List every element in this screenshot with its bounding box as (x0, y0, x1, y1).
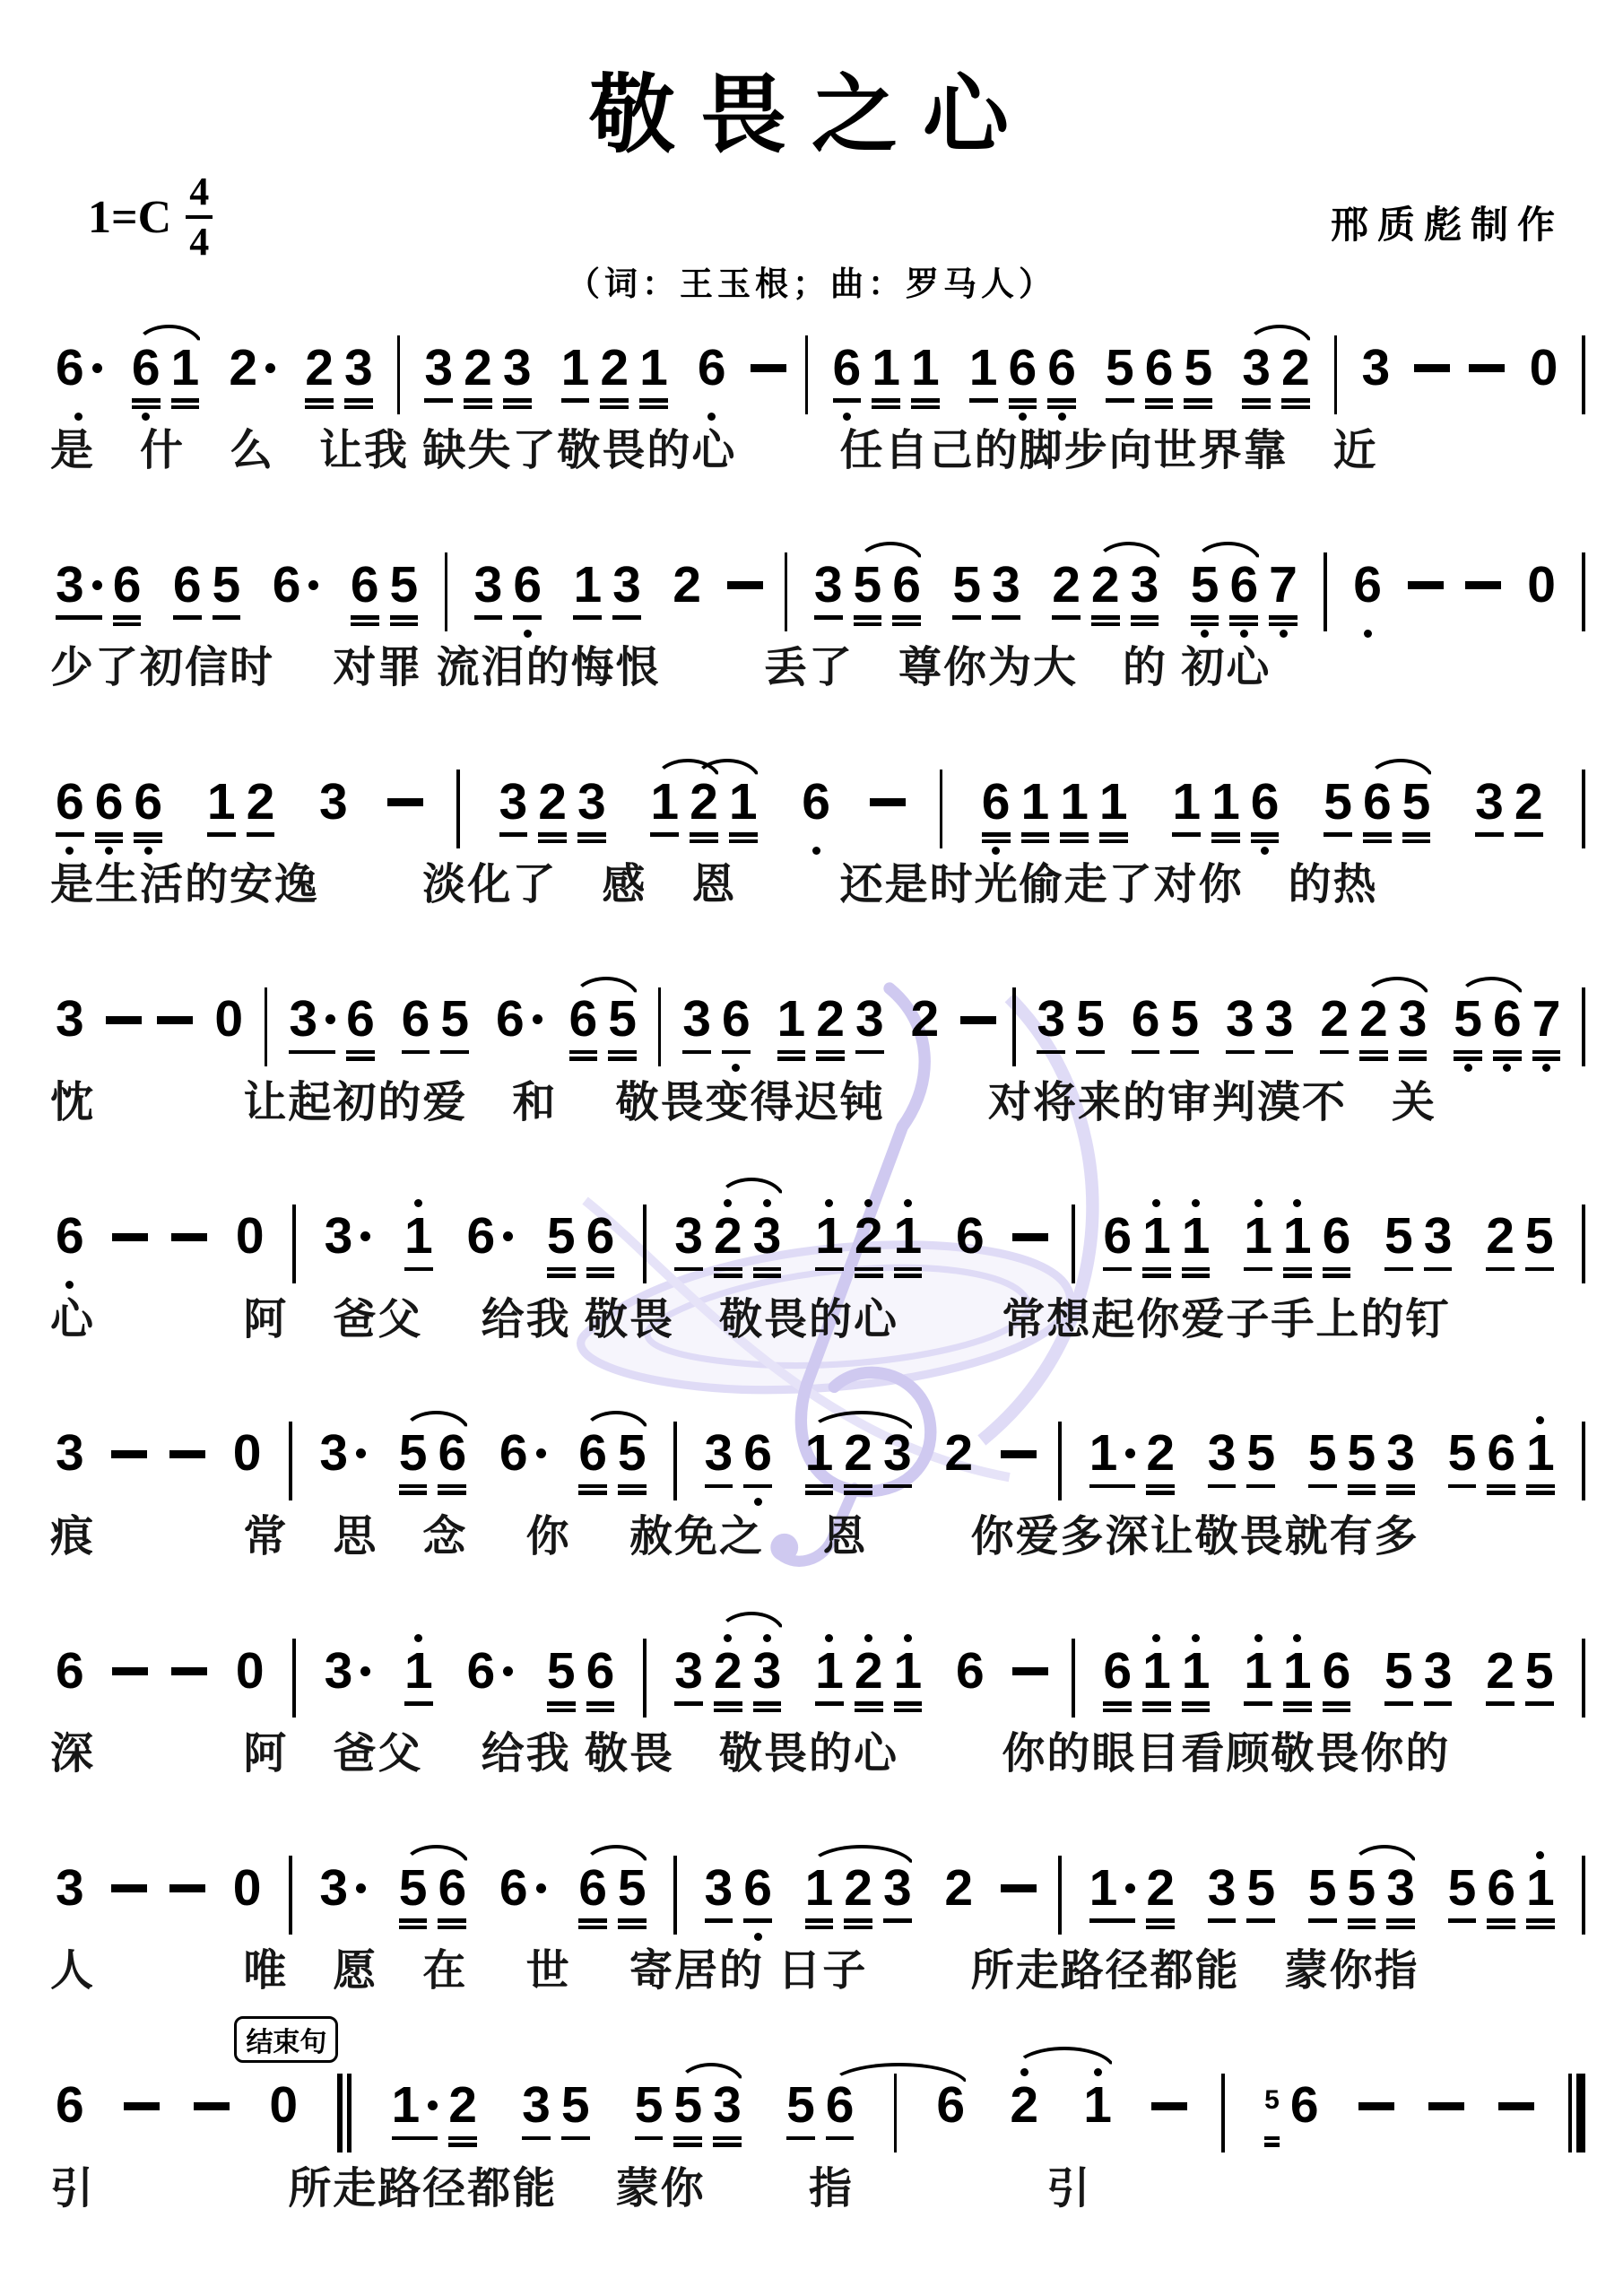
note-digit: 6 (892, 560, 921, 611)
note-group: 323 (669, 1197, 786, 1291)
note-digit: 1 (1172, 777, 1201, 828)
octave-dot-low (707, 413, 716, 421)
note-digit: 0 (233, 1428, 262, 1479)
beam-line (569, 1057, 598, 1061)
beam-line (855, 1701, 883, 1706)
beam-lines (305, 395, 334, 410)
note-digit: 6 (56, 777, 84, 828)
beam-line (95, 832, 124, 837)
note-digit: 5 (547, 1646, 576, 1697)
note-digit: 6 (1132, 994, 1160, 1045)
note-digit: 1 (894, 1646, 923, 1697)
beam-lines (743, 1915, 772, 1930)
note: 1 (906, 328, 945, 422)
note-group: 0 (228, 1414, 267, 1509)
beam-line (561, 2136, 590, 2141)
note-digit-row: 3 (1386, 1427, 1415, 1481)
note-digit: 2 (600, 343, 629, 394)
beam-lines (1493, 1047, 1522, 1062)
beam-line (1359, 1057, 1388, 1061)
note-digit-row: 1 (171, 341, 200, 395)
note: 6 (796, 762, 836, 857)
beam-lines (753, 1264, 782, 1279)
note-digit-row: 5 (1246, 1427, 1275, 1481)
octave-dot-low-slot (142, 410, 150, 422)
note-group: 323 (494, 762, 612, 857)
note: 2 (939, 1848, 978, 1943)
beam-line (503, 405, 532, 410)
dash-mark (727, 581, 763, 589)
beam-lines (134, 829, 162, 844)
phrase-label: 结束句 (234, 2016, 338, 2063)
beam-lines (1359, 1047, 1388, 1062)
octave-dot-low (1058, 413, 1066, 421)
dash-mark (169, 1884, 205, 1892)
beam-line (1052, 615, 1081, 620)
note: 3 (50, 1848, 90, 1943)
note-group: 3 (50, 1414, 90, 1509)
notes-row: 6012355535662156 (50, 2066, 1585, 2161)
note-group: 6 (50, 2066, 90, 2161)
note: 6 (1098, 1197, 1137, 1291)
beam-line (600, 398, 629, 403)
note-digit: 3 (753, 1646, 782, 1697)
note-group: 6 (931, 2066, 970, 2161)
beam-lines (833, 395, 862, 410)
beam-lines (1399, 1047, 1428, 1062)
note-group: 6 (50, 1631, 90, 1726)
note: 6 (50, 762, 90, 857)
note: 2 (939, 1414, 978, 1509)
note: 6 (90, 762, 129, 857)
beam-line (499, 832, 528, 837)
beam-line (690, 839, 718, 844)
note-digit: 6 (936, 2080, 965, 2131)
note: 3 (50, 1414, 90, 1509)
beam-line (474, 615, 503, 620)
beam-lines (1348, 1915, 1376, 1930)
beam-line (639, 405, 668, 410)
beam-lines (1132, 1047, 1160, 1062)
note-group: 3 (314, 762, 353, 857)
note: 5 (603, 980, 642, 1074)
note-group: 12 (202, 762, 280, 857)
note-digit: 6 (956, 1211, 985, 1262)
beam-lines (1010, 2133, 1038, 2148)
note: 6 (1481, 1848, 1521, 1943)
note-digit: 3 (1131, 560, 1159, 611)
note-digit: 2 (1320, 994, 1349, 1045)
lyrics-line: 忱 让起初的爱 和 敬畏变得迟钝 对将来的审判漠不 关 (50, 1078, 1585, 1127)
note-group: 6111 (976, 762, 1133, 857)
note: 5 (781, 2066, 820, 2161)
beam-lines (399, 1481, 428, 1496)
note: 1 (1167, 762, 1206, 857)
note-digit: 6 (1493, 994, 1522, 1045)
note-digit: 3 (344, 343, 373, 394)
beam-line (56, 615, 102, 620)
beam-lines (618, 1481, 647, 1496)
beam-lines (1091, 612, 1120, 627)
note-digit-row: 5 (1525, 1644, 1554, 1698)
beam-line (1448, 1484, 1477, 1489)
augmentation-dot (265, 363, 275, 373)
augmentation-dot (503, 1231, 513, 1241)
note-digit: 3 (319, 1863, 348, 1914)
note-group: 65 (573, 1414, 651, 1509)
dash-mark (1408, 581, 1444, 589)
beam-line (608, 1057, 637, 1061)
dash-mark (1012, 1233, 1048, 1241)
beam-line (577, 832, 606, 837)
note-digit-row: 1 (1182, 1210, 1211, 1264)
 (292, 1639, 296, 1718)
note-group: 65 (1126, 980, 1204, 1074)
note: 1 (202, 762, 241, 857)
note-digit: 3 (674, 1211, 703, 1262)
lyrics-line: 痕 常 思 念 你 赦免之 恩 你爱多深让敬畏就有多 (50, 1512, 1585, 1561)
note-digit: 6 (578, 1428, 607, 1479)
note: 5 (207, 545, 247, 639)
note-digit-row: 5 (399, 1427, 428, 1481)
beam-line (1487, 1491, 1515, 1495)
note-group: 567 (1448, 980, 1566, 1074)
dash-mark (112, 1667, 148, 1675)
note: 3 (1381, 1414, 1420, 1509)
beam-line (1047, 405, 1076, 410)
beam-lines (1361, 395, 1390, 410)
dash-mark (1469, 364, 1505, 372)
beam-line (1089, 1484, 1136, 1489)
note-digit: 6 (56, 1211, 84, 1262)
note-digit: 2 (1359, 994, 1388, 1045)
note: 1 (1278, 1631, 1317, 1726)
note-digit: 6 (1229, 560, 1258, 611)
 (643, 1639, 647, 1718)
beam-line (883, 1484, 912, 1489)
note-digit: 2 (690, 777, 718, 828)
beam-lines (1184, 395, 1212, 410)
note-digit: 6 (1103, 1211, 1132, 1262)
beam-lines (1308, 1915, 1337, 1930)
beam-line (390, 615, 419, 620)
note-group: 3 (1356, 328, 1395, 422)
note-group: 0 (228, 1848, 267, 1943)
note-digit-row: 2 (911, 993, 940, 1047)
beam-lines (440, 1047, 469, 1062)
note-group: 123 (772, 980, 890, 1074)
note: 6 (432, 1848, 472, 1943)
beam-line (1146, 1926, 1175, 1930)
note-digit: 6 (698, 343, 726, 394)
beam-line (1132, 1050, 1160, 1055)
beam-lines (1089, 1915, 1136, 1930)
beam-line (753, 1267, 782, 1272)
octave-dot-high (414, 1199, 422, 1207)
 (785, 552, 788, 631)
beam-lines (438, 1481, 466, 1496)
note-digit: 2 (844, 1428, 872, 1479)
beam-line (1525, 1267, 1554, 1272)
beam-line (438, 1491, 466, 1495)
beam-line (1009, 398, 1037, 403)
note: 1 (889, 1197, 928, 1291)
note-digit-row: 0 (214, 993, 243, 1047)
octave-dot-low (1280, 630, 1288, 638)
dash-mark (1001, 1450, 1037, 1458)
note-group: 0 (264, 2066, 303, 2161)
beam-line (844, 1491, 872, 1495)
beam-line (911, 405, 940, 410)
note-digit: 1 (1142, 1646, 1171, 1697)
 (456, 770, 460, 848)
note-digit: 5 (1191, 560, 1219, 611)
beam-line (1099, 839, 1128, 844)
beam-lines (1021, 829, 1050, 844)
note-digit-row: 2 (844, 1427, 872, 1481)
beam-lines (573, 612, 602, 627)
barline (1582, 552, 1585, 631)
beam-line (1226, 1050, 1254, 1055)
beam-lines (1208, 1481, 1237, 1496)
barline (1582, 335, 1585, 414)
note: 3 (494, 762, 534, 857)
note-digit-row: 6 (936, 2079, 965, 2133)
beam-line (448, 2143, 477, 2147)
note-digit: 5 (608, 994, 637, 1045)
note-digit-row: 1 (392, 2079, 438, 2133)
beam-line (1251, 832, 1280, 837)
note-digit: 3 (1386, 1863, 1415, 1914)
note-digit-row: 2 (855, 1210, 883, 1264)
note: 1 (1521, 1414, 1560, 1509)
beam-line (713, 2136, 742, 2141)
note: 6 (828, 328, 867, 422)
note-digit: 6 (173, 560, 202, 611)
beam-line (346, 1050, 375, 1055)
augmentation-dot (503, 1666, 513, 1676)
note: 2 (443, 2066, 482, 2161)
note: 3 (748, 1197, 787, 1291)
note: 3 (1419, 1631, 1458, 1726)
beam-line (1191, 622, 1219, 627)
octave-dot-low (74, 413, 82, 421)
beam-lines (1320, 1047, 1349, 1062)
note-digit: 2 (464, 343, 492, 394)
note-group: 3 (319, 1197, 377, 1291)
note-group: 56 (394, 1414, 472, 1509)
note: 6 (1285, 2066, 1324, 2161)
beam-lines (214, 1047, 243, 1062)
octave-dot-high (1536, 1851, 1544, 1859)
note-digit: 0 (236, 1211, 265, 1262)
beam-line (1208, 1484, 1237, 1489)
octave-dot-low-slot (707, 410, 716, 422)
beam-line (612, 615, 641, 620)
beam-line (805, 1491, 834, 1495)
beam-line (1402, 832, 1431, 837)
note-digit-row: 5 (1246, 1861, 1275, 1915)
note-digit-row: 1 (1244, 1210, 1272, 1264)
note-digit-row: 5 (1324, 775, 1352, 829)
beam-lines (207, 829, 236, 844)
note-digit-row: 6 (1323, 1644, 1351, 1698)
barline (643, 1205, 647, 1283)
octave-dot-high (1020, 2068, 1028, 2076)
note-digit-row: 0 (1527, 558, 1556, 612)
beam-lines (56, 1047, 84, 1062)
beam-lines (673, 2133, 702, 2148)
dash-mark (106, 1016, 142, 1024)
note-digit: 6 (1047, 343, 1076, 394)
beam-line (1487, 1918, 1515, 1923)
beam-lines (1146, 1915, 1175, 1930)
beam-line (1251, 839, 1280, 844)
note-digit: 6 (499, 1428, 528, 1479)
note-digit: 6 (1103, 1646, 1132, 1697)
note-digit-row: 6 (499, 1861, 546, 1915)
note: 2 (1354, 980, 1393, 1074)
note: 2 (299, 328, 339, 422)
note-group: 611 (1098, 1631, 1215, 1726)
beam-lines (786, 2133, 815, 2148)
beam-lines (612, 612, 641, 627)
note-digit: 6 (1145, 343, 1174, 394)
beam-line (635, 2136, 664, 2141)
note: 6 (494, 1848, 551, 1943)
note: 6 (341, 980, 380, 1074)
note-group: 123 (800, 1414, 917, 1509)
octave-dot-high (864, 1199, 872, 1207)
note: 1 (772, 980, 811, 1074)
note-digit: 1 (1244, 1646, 1272, 1697)
beam-line (1131, 615, 1159, 620)
beam-line (1184, 398, 1212, 403)
note: 2 (1276, 328, 1315, 422)
note: 6 (581, 1631, 621, 1726)
 (289, 1856, 292, 1935)
octave-dot-low-slot (1201, 627, 1209, 639)
beam-lines (1103, 1264, 1132, 1279)
barline (785, 552, 788, 631)
note: 5 (542, 1631, 581, 1726)
note-group: 323 (669, 1631, 786, 1726)
note-digit-row: 1 (650, 775, 679, 829)
note: 6 (461, 1631, 518, 1726)
note-group: 1 (1078, 2066, 1117, 2161)
note-digit: 2 (844, 1863, 872, 1914)
note-group: 2 (667, 545, 707, 639)
note-digit-row: 6 (402, 993, 430, 1047)
note-digit-row: 3 (1386, 1861, 1415, 1915)
note: 6 (716, 980, 756, 1074)
beam-line (1244, 1267, 1272, 1272)
note-digit-row: 6 (132, 341, 161, 395)
beam-line (1308, 1918, 1337, 1923)
note-digit: 1 (404, 1646, 433, 1697)
note-digit: 3 (1242, 343, 1271, 394)
 (805, 335, 809, 414)
note-digit: 6 (743, 1863, 772, 1914)
beam-lines (351, 612, 379, 627)
beam-lines (1264, 2133, 1280, 2148)
beam-line (1324, 832, 1352, 837)
beam-line (1493, 1050, 1522, 1055)
beam-lines (635, 2133, 664, 2148)
note-digit: 5 (1348, 1428, 1376, 1479)
note: 6 (573, 1414, 612, 1509)
note: 2 (1141, 1848, 1180, 1943)
beam-lines (805, 1481, 834, 1496)
barline (1582, 1856, 1585, 1935)
note-digit-row: 3 (319, 1861, 366, 1915)
notes-row: 303566653612321235553561 (50, 1848, 1585, 1943)
note-group: 23 (299, 328, 378, 422)
note: 3 (878, 1848, 917, 1943)
augmentation-dot (92, 363, 102, 373)
note: 5 (947, 545, 986, 639)
note-digit: 3 (1208, 1863, 1237, 1914)
beam-lines (496, 1047, 542, 1062)
note-digit: 5 (952, 560, 981, 611)
beam-lines (319, 1481, 366, 1496)
beam-lines (714, 1264, 742, 1279)
note-digit: 5 (1525, 1646, 1554, 1697)
note-digit: 5 (1525, 1211, 1554, 1262)
beam-lines (1532, 1047, 1561, 1062)
beam-line (714, 1267, 742, 1272)
octave-dot-low (144, 847, 152, 855)
beam-line (1526, 1491, 1555, 1495)
beam-lines (438, 1915, 466, 1930)
note: 1 (1521, 1848, 1560, 1943)
 (337, 2074, 343, 2152)
beam-line (1493, 1057, 1522, 1061)
note-digit-row: 3 (1475, 775, 1504, 829)
octave-dot-low-slot (1503, 1062, 1511, 1074)
meter-bottom: 4 (186, 219, 213, 262)
beam-lines (1386, 1481, 1415, 1496)
note-digit-row: 6 (56, 1210, 84, 1264)
beam-lines (132, 395, 161, 410)
lyricist-composer-subtitle: （词：王玉根；曲：罗马人） (0, 257, 1623, 305)
beam-lines (1208, 1915, 1237, 1930)
beam-line (586, 1274, 615, 1278)
note-digit-row: 6 (578, 1861, 607, 1915)
note: 1 (634, 328, 673, 422)
note-digit: 1 (729, 777, 758, 828)
beam-line (1323, 1274, 1351, 1278)
barline (1058, 1422, 1062, 1500)
dash-mark (194, 2102, 230, 2110)
note-digit: 5 (1308, 1863, 1337, 1914)
octave-dot-high (904, 1634, 912, 1642)
beam-line (1060, 839, 1089, 844)
note: 6 (508, 545, 547, 639)
 (894, 2074, 898, 2152)
beam-lines (344, 395, 373, 410)
note-digit-row: 6 (743, 1427, 772, 1481)
beam-lines (56, 829, 84, 844)
note-digit: 3 (1424, 1211, 1453, 1262)
note: 3 (1125, 545, 1165, 639)
beam-line (1060, 832, 1089, 837)
note: 3 (669, 1197, 708, 1291)
octave-dot-low-slot (1261, 844, 1269, 857)
beam-line (1037, 1050, 1065, 1055)
beam-lines (213, 612, 241, 627)
beam-lines (561, 395, 590, 410)
